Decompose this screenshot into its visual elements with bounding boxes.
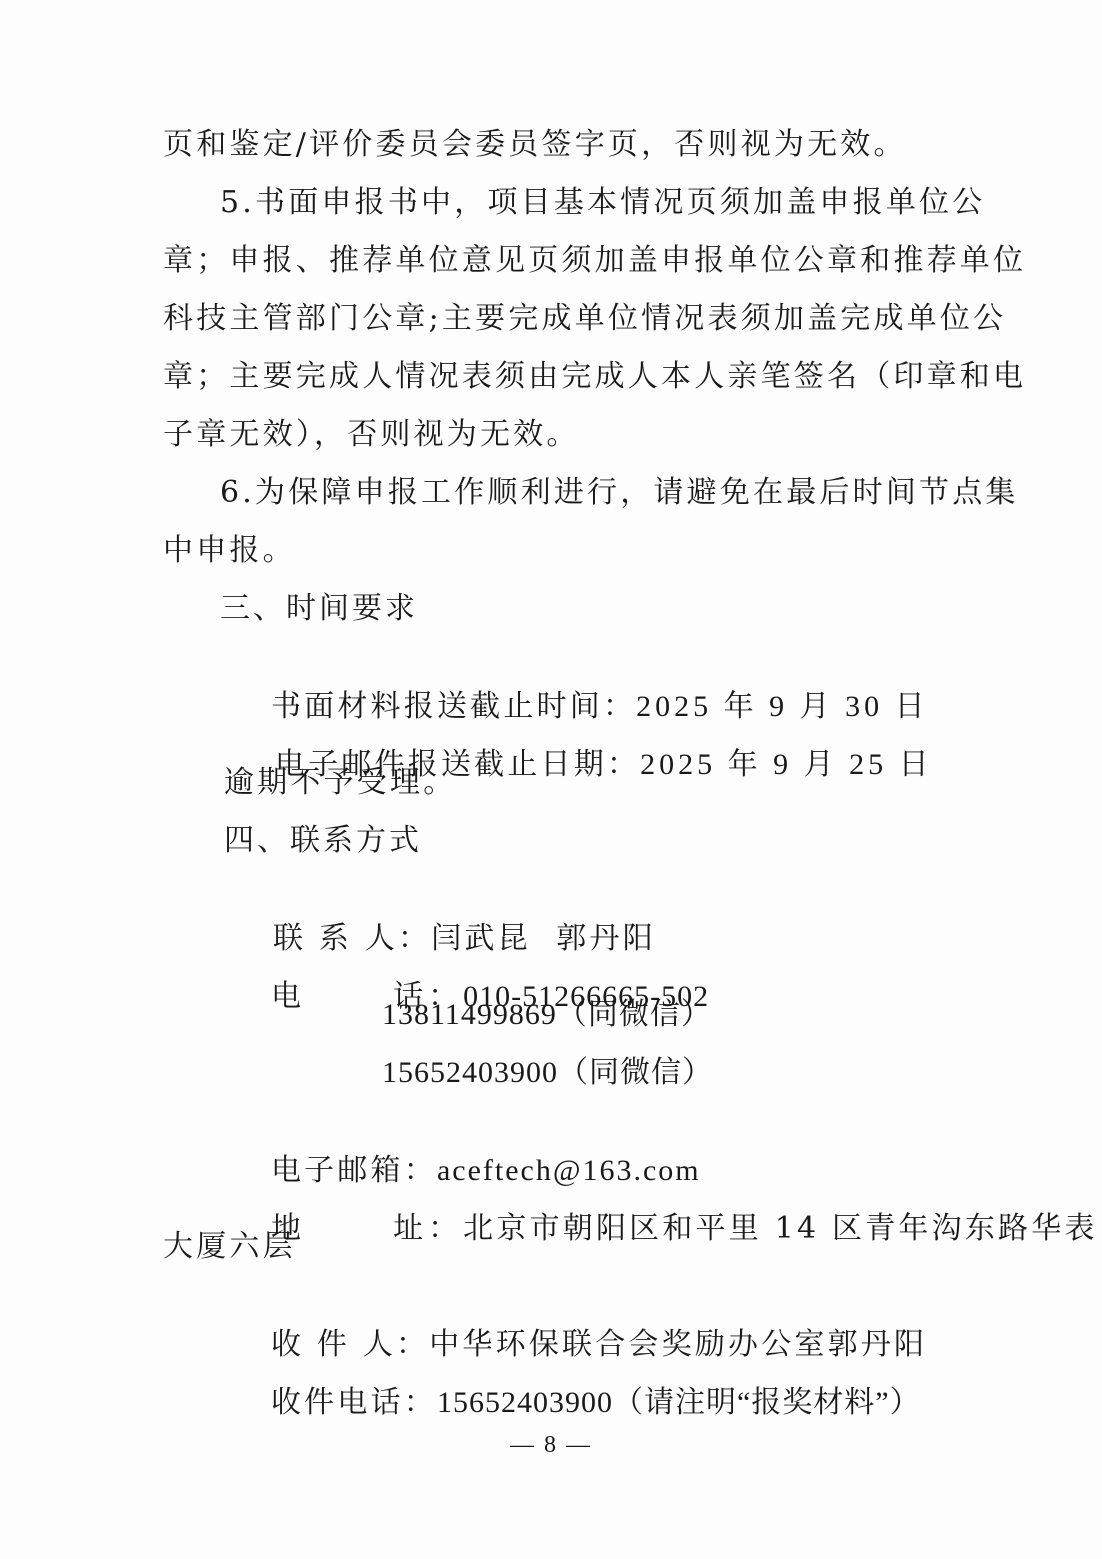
recipient-phone-row: 收件电话：15652403900（请注明“报奖材料”）	[220, 1343, 921, 1383]
written-deadline-row: 书面材料报送截止时间：2025 年 9 月 30 日	[220, 647, 929, 687]
item-5-line-1: 5.书面申报书中，项目基本情况页须加盖申报单位公	[220, 183, 985, 223]
recipient-phone-label: 收件电话：	[271, 1385, 437, 1420]
phone-row: 电 话：010-51266665-502	[220, 937, 709, 977]
item-5-line-4: 章；主要完成人情况表须由完成人本人亲笔签名（印章和电	[163, 357, 1026, 397]
address-value-line-2: 大厦六层	[163, 1227, 296, 1267]
email-deadline-row: 电子邮件报送截止日期：2025 年 9 月 25 日	[224, 705, 933, 745]
page-number: — 8 —	[0, 1430, 1102, 1460]
paragraph-continuation: 页和鉴定/评价委员会委员签字页，否则视为无效。	[163, 125, 907, 165]
section-3-heading: 三、时间要求	[220, 589, 418, 629]
email-row: 电子邮箱：aceftech@163.com	[220, 1111, 701, 1151]
section-4-heading: 四、联系方式	[224, 821, 422, 861]
item-6-line-1: 6.为保障申报工作顺利进行，请避免在最后时间节点集	[220, 473, 1019, 513]
item-6-line-2: 中申报。	[163, 531, 296, 571]
address-row: 地 址：北京市朝阳区和平里 14 区青年沟东路华表	[220, 1169, 1098, 1209]
recipient-row: 收 件 人：中华环保联合会奖励办公室郭丹阳	[220, 1285, 927, 1325]
address-label: 地 址：	[271, 1211, 463, 1246]
phone-value-3: 15652403900（同微信）	[382, 1053, 713, 1093]
email-deadline-value: 2025 年 9 月 25 日	[640, 748, 933, 781]
item-5-line-5: 子章无效），否则视为无效。	[163, 415, 580, 455]
phone-value-2: 13811499869（同微信）	[382, 995, 712, 1035]
document-page: 页和鉴定/评价委员会委员签字页，否则视为无效。 5.书面申报书中，项目基本情况页…	[0, 0, 1102, 1559]
item-5-line-3: 科技主管部门公章;主要完成单位情况表须加盖完成单位公	[163, 299, 1006, 339]
recipient-phone-value: 15652403900（请注明“报奖材料”）	[437, 1386, 921, 1419]
address-value-line-1: 北京市朝阳区和平里 14 区青年沟东路华表	[463, 1211, 1097, 1246]
late-notice: 逾期不予受理。	[224, 763, 456, 803]
item-5-line-2: 章；申报、推荐单位意见页须加盖申报单位公章和推荐单位	[163, 241, 1026, 281]
contact-row: 联 系 人：闫武昆 郭丹阳	[222, 879, 656, 919]
